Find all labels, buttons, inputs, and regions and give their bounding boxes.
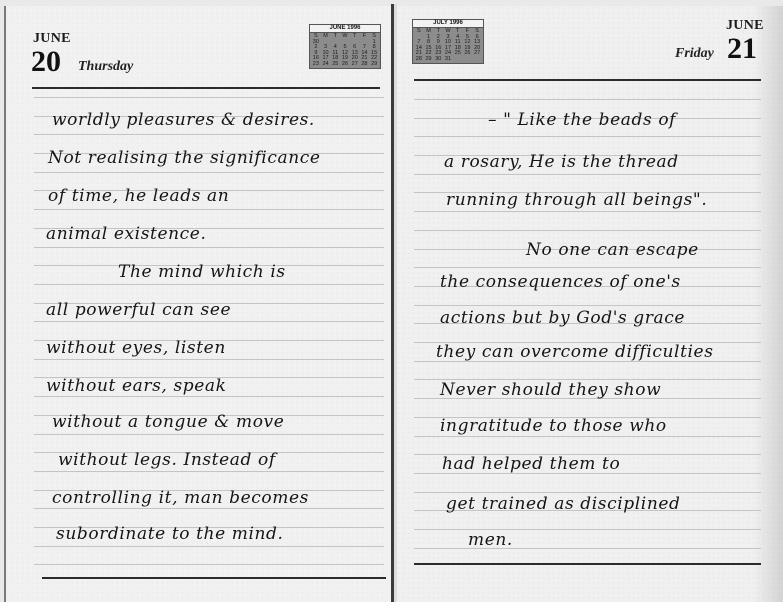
ruled-line [414, 136, 761, 137]
ruled-line [34, 247, 384, 248]
handwritten-line: running through all beings". [446, 190, 707, 210]
handwritten-line: The mind which is [118, 262, 286, 282]
cal-day [463, 57, 473, 63]
cal-day: 29 [369, 62, 379, 68]
handwritten-line: controlling it, man becomes [52, 488, 309, 508]
ruled-line [414, 267, 761, 268]
ruled-line [414, 174, 761, 175]
mini-calendar-june-1996: JUNE 1996 S M T W T F S 30 1 2 3 4 5 6 7… [309, 24, 381, 69]
right-header-rule [414, 79, 761, 81]
cal-day [453, 57, 463, 63]
diary-spread: JUNE 20 Thursday JUNE 1996 S M T W T F S… [0, 0, 783, 602]
ruled-line [34, 134, 384, 135]
handwritten-line: animal existence. [46, 224, 206, 244]
cal-day: 29 [424, 57, 434, 63]
cal-day: 30 [433, 57, 443, 63]
cal-day: 23 [311, 62, 321, 68]
left-footer-rule [42, 577, 386, 579]
handwritten-line: worldly pleasures & desires. [52, 110, 315, 130]
ruled-line [34, 564, 384, 565]
ruled-line [34, 546, 384, 547]
handwritten-line: without a tongue & move [52, 412, 284, 432]
handwritten-line: without eyes, listen [46, 338, 226, 358]
left-header-rule [32, 87, 380, 89]
handwritten-line: a rosary, He is the thread [444, 152, 679, 172]
right-footer-rule [414, 563, 761, 565]
cal-day: 31 [443, 57, 453, 63]
handwritten-line: Not realising the significance [48, 148, 321, 168]
cal-day: 25 [330, 62, 340, 68]
handwritten-line: without ears, speak [46, 376, 227, 396]
handwritten-line: Never should they show [440, 380, 661, 400]
handwritten-line: men. [468, 530, 513, 550]
ruled-line [34, 434, 384, 435]
ruled-line [34, 284, 384, 285]
ruled-line [414, 436, 761, 437]
handwritten-line: No one can escape [526, 240, 699, 260]
handwritten-line: of time, he leads an [48, 186, 229, 206]
handwritten-line: get trained as disciplined [446, 494, 681, 514]
cal-day: 28 [360, 62, 370, 68]
ruled-line [34, 172, 384, 173]
mini-calendar-july-1996: JULY 1996 S M T W T F S 1 2 3 4 5 6 7 8 … [412, 19, 484, 64]
cal-day: 27 [350, 62, 360, 68]
handwritten-line: subordinate to the mind. [56, 524, 284, 544]
ruled-line [414, 492, 761, 493]
right-day-number: 21 [727, 34, 757, 64]
mini-calendar-title: JUNE 1996 [310, 25, 380, 33]
handwritten-line: ingratitude to those who [440, 416, 667, 436]
ruled-line [34, 359, 384, 360]
ruled-line [414, 230, 761, 231]
handwritten-line: all powerful can see [46, 300, 231, 320]
handwritten-line: the consequences of one's [440, 272, 681, 292]
handwritten-line: – " Like the beads of [488, 110, 676, 130]
mini-calendar-grid: S M T W T F S 30 1 2 3 4 5 6 7 8 9 10 11… [310, 33, 380, 69]
ruled-line [34, 396, 384, 397]
ruled-line [414, 548, 761, 549]
ruled-line [34, 471, 384, 472]
ruled-line [34, 321, 384, 322]
right-weekday: Friday [675, 46, 714, 62]
mini-calendar-grid: S M T W T F S 1 2 3 4 5 6 7 8 9 10 11 12… [413, 28, 483, 64]
left-day-number: 20 [31, 47, 61, 77]
handwritten-line: had helped them to [442, 454, 620, 474]
cal-day: 26 [340, 62, 350, 68]
handwritten-line: without legs. Instead of [58, 450, 276, 470]
handwritten-line: they can overcome difficulties [436, 342, 714, 362]
ruled-line [34, 508, 384, 509]
ruled-line [414, 305, 761, 306]
ruled-line [414, 529, 761, 530]
ruled-line [34, 97, 384, 98]
left-weekday: Thursday [78, 59, 133, 75]
ruled-line [414, 99, 761, 100]
ruled-line [34, 209, 384, 210]
cal-day: 24 [321, 62, 331, 68]
ruled-line [414, 211, 761, 212]
cal-day [472, 57, 482, 63]
handwritten-line: actions but by God's grace [440, 308, 685, 328]
cal-day: 28 [414, 57, 424, 63]
mini-calendar-title: JULY 1996 [413, 20, 483, 28]
